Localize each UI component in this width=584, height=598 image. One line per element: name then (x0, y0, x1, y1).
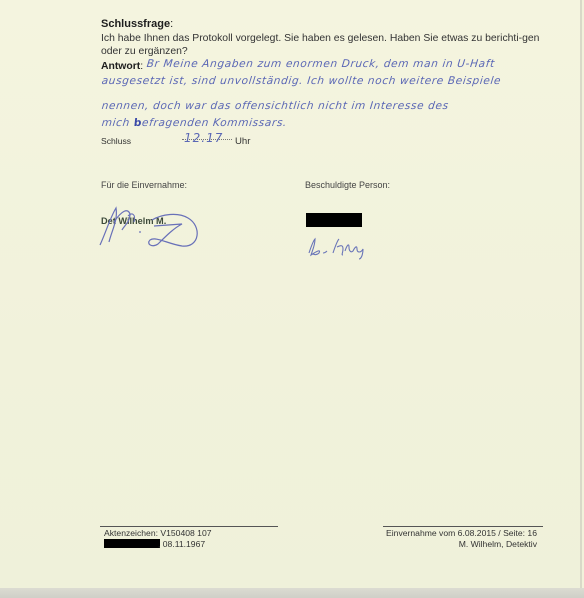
handwritten-answer-line-4: mich befragenden Kommissars. (101, 117, 288, 129)
footer-interview-info: Einvernahme vom 6.08.2015 / Seite: 16 (386, 528, 537, 538)
footer-birth-date: , 08.11.1967 (158, 539, 205, 549)
accused-label: Beschuldigte Person: (305, 180, 390, 190)
closing-time-unit: Uhr (235, 136, 250, 147)
footer-divider-right (383, 526, 543, 527)
colon: : (140, 61, 143, 72)
redacted-footer-name (104, 539, 160, 548)
footer-author: M. Wilhelm, Detektiv (459, 539, 537, 549)
closing-question-title: Schlussfrage: (101, 18, 173, 30)
handwritten-answer-line-2: ausgesetzt ist, sind unvollständig. Ich … (101, 75, 502, 87)
handwritten-word: efragenden Kommissars. (141, 117, 287, 129)
answer-label-text: Antwort (101, 61, 140, 72)
footer-divider-left (100, 526, 278, 527)
interviewer-signature-icon (92, 200, 207, 255)
handwritten-word: mich (101, 117, 130, 129)
handwritten-answer-line-3: nennen, doch war das offensichtlich nich… (101, 100, 449, 112)
document-page: Schlussfrage: Ich habe Ihnen das Protoko… (0, 0, 582, 588)
closing-label: Schluss (101, 136, 131, 146)
closing-time-value: 12.17 (184, 131, 223, 145)
answer-label: Antwort: (101, 61, 143, 72)
colon: : (170, 18, 173, 30)
footer-case-number: Aktenzeichen: V150408 107 (104, 528, 212, 538)
closing-question-text: Ich habe Ihnen das Protokoll vorgelegt. … (101, 33, 541, 58)
redacted-accused-name (306, 213, 362, 227)
accused-signature-icon (303, 233, 373, 261)
closing-question-title-text: Schlussfrage (101, 18, 170, 30)
interviewer-label: Für die Einvernahme: (101, 180, 187, 190)
bottom-edge-strip (0, 588, 584, 598)
handwritten-answer-line-1: Br Meine Angaben zum enormen Druck, dem … (146, 58, 495, 70)
